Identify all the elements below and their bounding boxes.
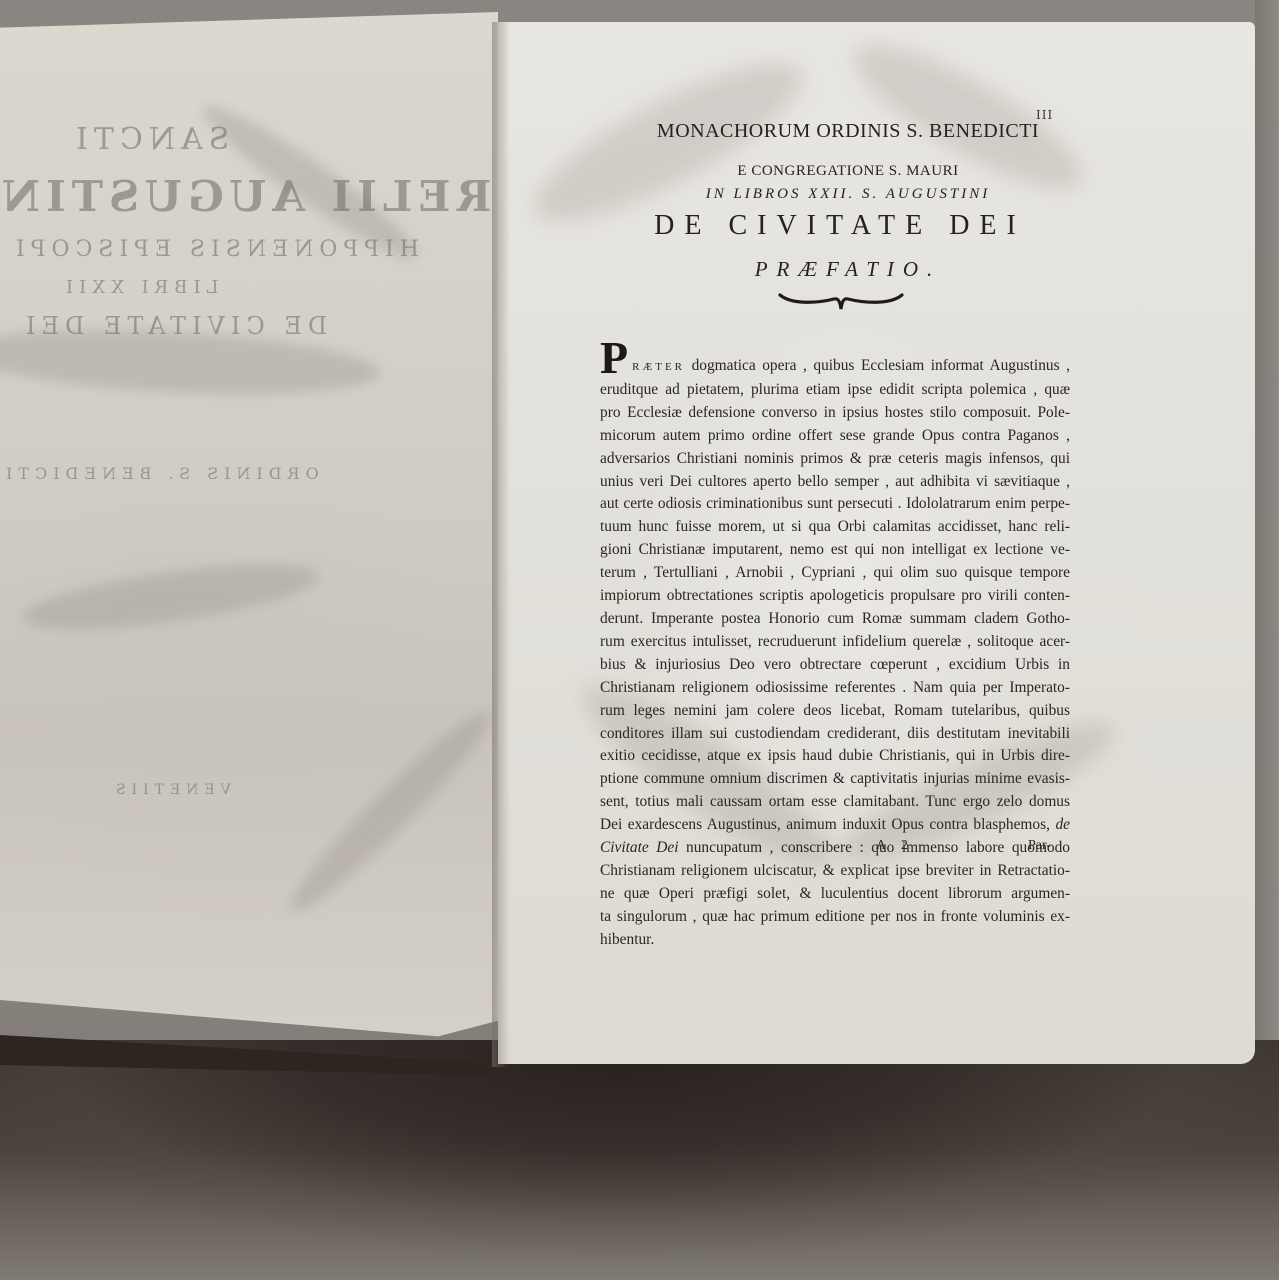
body-line: sent, totius mali caussam ortam esse cla… [600, 791, 1070, 814]
body-line: pro Ecclesiæ defensione converso in ipsi… [600, 402, 1070, 425]
heading-praefatio: PRÆFATIO. [598, 257, 1098, 282]
heading-line-3: IN LIBROS XXII. S. AUGUSTINI [598, 186, 1098, 203]
catchword: Par- [1028, 838, 1051, 854]
paper-fold [838, 22, 1098, 213]
body-line: impiorum obtrectationes scriptis apologe… [600, 585, 1070, 608]
body-line: micorum autem primo ordine offert sese g… [600, 425, 1070, 448]
italic-title: Civitate Dei [600, 839, 678, 856]
bleed-through-line: HIPPONENSIS EPISCOPI [10, 237, 419, 262]
paper-wrinkle [277, 699, 503, 925]
drop-cap: P [600, 338, 628, 378]
signature-mark: A 2 [876, 838, 914, 854]
bleed-through-line: SANCTI [70, 122, 229, 157]
body-line: rum leges nemini jam colere deos licebat… [600, 700, 1070, 723]
bleed-through-line: LIBRI XXII [60, 277, 219, 298]
heading-line-1: MONACHORUM ORDINIS S. BENEDICTI [598, 120, 1098, 143]
preface-body: P RÆTER dogmatica opera , quibus Ecclesi… [600, 338, 1070, 952]
body-line: RÆTER dogmatica opera , quibus Ecclesiam… [600, 338, 1070, 379]
body-line: adversarios Christiani nominis primos & … [600, 448, 1070, 471]
body-line: Dei exardescens Augustinus, animum indux… [600, 814, 1070, 837]
paper-wrinkle [18, 551, 322, 642]
bleed-through-line: DE CIVITATE DEI [20, 312, 327, 340]
heading-title: DE CIVITATE DEI [610, 210, 1070, 242]
body-line: tuum hunc fuisse morem, ut si qua Orbi c… [600, 516, 1070, 539]
brace-flourish-icon [778, 289, 904, 313]
book-cast-shadow [0, 1040, 1279, 1280]
heading-line-2: E CONGREGATIONE S. MAURI [598, 163, 1098, 180]
body-line: bius & injuriosius Deo vero obtrectare c… [600, 654, 1070, 677]
body-line: eruditque ad pietatem, plurima etiam ips… [600, 379, 1070, 402]
body-line: ta singulorum , quæ hac primum editione … [600, 906, 1070, 929]
body-line: gioni Christianæ imputarent, nemo est qu… [600, 539, 1070, 562]
body-line: terum , Tertulliani , Arnobii , Cypriani… [600, 562, 1070, 585]
italic-title: de [1055, 816, 1070, 833]
body-line: Christianam religionem ulciscatur, & exp… [600, 860, 1070, 883]
bleed-through-line: ORDINIS S. BENEDICTI [0, 464, 319, 483]
body-line: derunt. Imperante postea Honorio cum Rom… [600, 608, 1070, 631]
book-gutter [492, 22, 510, 1067]
left-page: SANCTI AURELII AUGUSTINI HIPPONENSIS EPI… [0, 12, 498, 1052]
body-line: Civitate Dei nuncupatum , conscribere : … [600, 837, 1070, 860]
body-line: conditores illam sui custodiendam credid… [600, 723, 1070, 746]
bleed-through-line: AURELII AUGUSTINI [0, 172, 573, 221]
body-line: rum exercitus intulisset, recruduerunt i… [600, 631, 1070, 654]
body-line: hibentur. [600, 929, 1070, 952]
body-line: ptione commune omnium discrimen & captiv… [600, 768, 1070, 791]
body-line: exitio cecidisse, atque ex ipsis haud du… [600, 745, 1070, 768]
body-line: ne quæ Operi præfigi solet, & luculentiu… [600, 883, 1070, 906]
body-line: unius veri Dei cultores aperto bello sem… [600, 471, 1070, 494]
body-line: Christianam religionem odiosissime refer… [600, 677, 1070, 700]
bleed-through-line: VENETIIS [110, 782, 231, 798]
body-line: aut certe odiosis criminationibus sunt p… [600, 493, 1070, 516]
